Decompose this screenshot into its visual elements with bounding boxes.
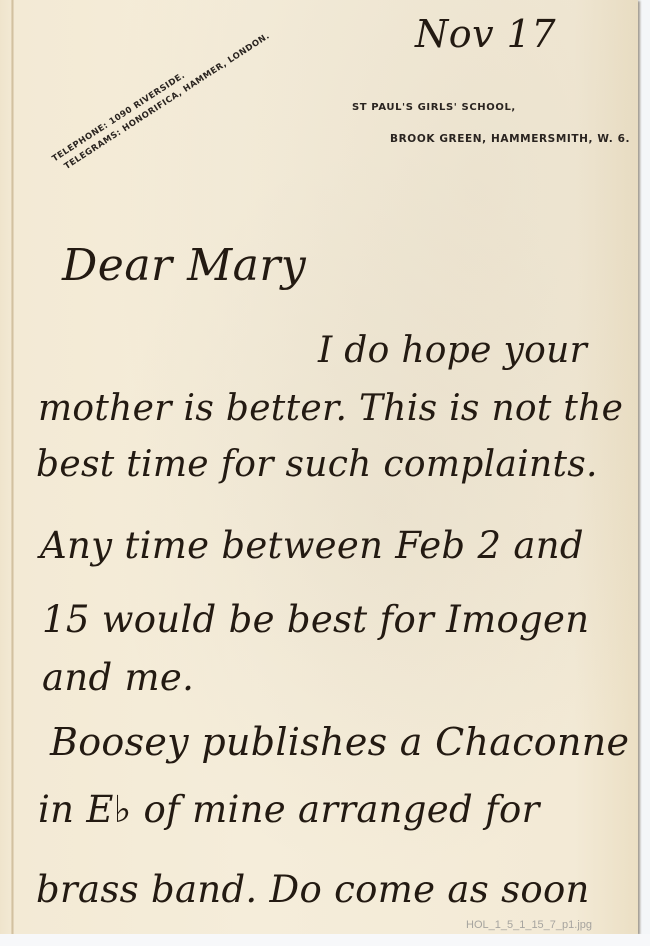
body-line-5: 15 would be best for Imogen bbox=[42, 598, 589, 641]
fold-line bbox=[11, 0, 14, 934]
body-line-9: brass band. Do come as soon bbox=[36, 868, 590, 911]
letterhead-school-name: ST PAUL'S GIRLS' SCHOOL, bbox=[352, 102, 516, 113]
body-line-1: I do hope your bbox=[318, 330, 587, 371]
letterhead-telephone: TELEPHONE: 1090 RIVERSIDE. bbox=[51, 71, 188, 165]
salutation: Dear Mary bbox=[62, 240, 306, 291]
body-line-6: and me. bbox=[42, 656, 194, 699]
body-line-2: mother is better. This is not the bbox=[38, 388, 623, 429]
body-line-3: best time for such complaints. bbox=[36, 444, 598, 485]
filename-watermark: HOL_1_5_1_15_7_p1.jpg bbox=[466, 919, 592, 931]
letter-date: Nov 17 bbox=[415, 12, 556, 56]
scan-background bbox=[0, 934, 650, 946]
body-line-7: Boosey publishes a Chaconne bbox=[50, 720, 629, 764]
letterhead-telegrams: TELEGRAMS: HONORIFICA, HAMMER, LONDON. bbox=[62, 30, 273, 173]
letter-page: Nov 17 ST PAUL'S GIRLS' SCHOOL, BROOK GR… bbox=[0, 0, 638, 934]
letterhead-address: BROOK GREEN, HAMMERSMITH, W. 6. bbox=[390, 133, 630, 145]
letterhead-contact-block: TELEPHONE: 1090 RIVERSIDE. TELEGRAMS: HO… bbox=[50, 20, 273, 177]
body-line-8: in E♭ of mine arranged for bbox=[38, 788, 540, 831]
body-line-4: Any time between Feb 2 and bbox=[40, 524, 584, 567]
